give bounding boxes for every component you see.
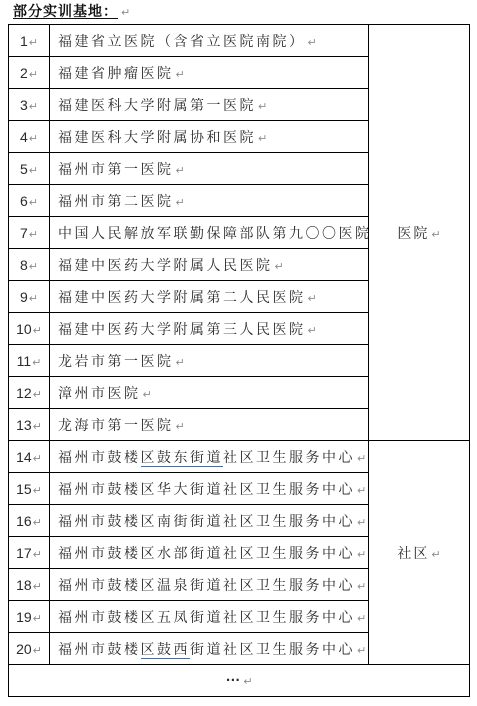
row-number: 9 [20, 289, 28, 305]
category-label: 医院 [397, 225, 429, 241]
paragraph-mark: ↵ [176, 165, 185, 177]
table-row: 1↵福建省立医院（含省立医院南院）↵医院↵ [9, 25, 470, 57]
paragraph-mark: ↵ [33, 581, 42, 593]
paragraph-mark: ↵ [29, 229, 38, 241]
paragraph-mark: ↵ [29, 197, 38, 209]
paragraph-mark: ↵ [357, 453, 366, 465]
paragraph-mark: ↵ [308, 325, 317, 337]
row-number: 3 [20, 97, 28, 113]
paragraph-mark: ↵ [33, 389, 42, 401]
base-name-cell: 福建中医药大学附属第二人民医院↵ [50, 281, 369, 313]
base-name-cell: 福州市第二医院↵ [50, 185, 369, 217]
table-body: 1↵福建省立医院（含省立医院南院）↵医院↵2↵福建省肿瘤医院↵3↵福建医科大学附… [9, 25, 470, 697]
paragraph-mark: ↵ [29, 37, 38, 49]
base-name-text: 福州市鼓楼区五凤街道社区卫生服务中心 [58, 609, 355, 625]
base-name-cell: 福州市第一医院↵ [50, 153, 369, 185]
row-number: 4 [20, 129, 28, 145]
row-number: 2 [20, 65, 28, 81]
base-name-cell: 福州市鼓楼区鼓东街道社区卫生服务中心↵ [50, 441, 369, 473]
ellipsis-cell: …↵ [9, 665, 470, 697]
paragraph-mark: ↵ [308, 293, 317, 305]
base-name-cell: 福建中医药大学附属人民医院↵ [50, 249, 369, 281]
row-number-cell: 4↵ [9, 121, 50, 153]
base-name-text: 漳州市医院 [58, 385, 141, 401]
base-name-text: 福州市鼓楼 [58, 641, 141, 657]
paragraph-mark: ↵ [33, 613, 42, 625]
paragraph-mark: ↵ [176, 357, 185, 369]
title-text: 部分实训基地： [13, 3, 118, 19]
paragraph-mark: ↵ [121, 7, 130, 19]
paragraph-mark: ↵ [29, 101, 38, 113]
base-name-cell: 福建医科大学附属协和医院↵ [50, 121, 369, 153]
row-number-cell: 2↵ [9, 57, 50, 89]
paragraph-mark: ↵ [29, 261, 38, 273]
base-name-text: 福州市第一医院 [58, 161, 174, 177]
base-name-cell: 福建省立医院（含省立医院南院）↵ [50, 25, 369, 57]
grammar-underlined-text: 区鼓西 [141, 641, 191, 659]
row-number-cell: 16↵ [9, 505, 50, 537]
paragraph-mark: ↵ [258, 133, 267, 145]
row-number: 13 [16, 417, 32, 433]
base-name-text: 龙海市第一医院 [58, 417, 174, 433]
base-name-text: 福建医科大学附属第一医院 [58, 97, 256, 113]
paragraph-mark: ↵ [357, 549, 366, 561]
paragraph-mark: ↵ [33, 421, 42, 433]
row-number: 19 [16, 609, 32, 625]
base-name-cell: 龙岩市第一医院↵ [50, 345, 369, 377]
row-number: 18 [16, 577, 32, 593]
row-number: 8 [20, 257, 28, 273]
grammar-underlined-text: 区鼓东街道 [141, 449, 224, 467]
row-number-cell: 1↵ [9, 25, 50, 57]
base-name-text: 福州市鼓楼区南街街道社区卫生服务中心 [58, 513, 355, 529]
paragraph-mark: ↵ [357, 517, 366, 529]
category-cell-hospital: 医院↵ [369, 25, 470, 441]
row-number-cell: 12↵ [9, 377, 50, 409]
paragraph-mark: ↵ [357, 581, 366, 593]
paragraph-mark: ↵ [357, 645, 366, 657]
base-name-cell: 福州市鼓楼区华大街道社区卫生服务中心↵ [50, 473, 369, 505]
base-name-text: 福建省立医院（含省立医院南院） [58, 33, 306, 49]
paragraph-mark: ↵ [275, 261, 284, 273]
paragraph-mark: ↵ [357, 613, 366, 625]
row-number: 17 [16, 545, 32, 561]
paragraph-mark: ↵ [176, 69, 185, 81]
paragraph-mark: ↵ [33, 517, 42, 529]
paragraph-mark: ↵ [33, 549, 42, 561]
paragraph-mark: ↵ [33, 453, 42, 465]
base-name-cell: 福州市鼓楼区鼓西街道社区卫生服务中心↵ [50, 633, 369, 665]
row-number-cell: 11↵ [9, 345, 50, 377]
paragraph-mark: ↵ [29, 133, 38, 145]
row-number-cell: 10↵ [9, 313, 50, 345]
base-name-cell: 漳州市医院↵ [50, 377, 369, 409]
base-name-text: 福建中医药大学附属人民医院 [58, 257, 273, 273]
row-number: 1 [20, 33, 28, 49]
base-name-cell: 福州市鼓楼区温泉街道社区卫生服务中心↵ [50, 569, 369, 601]
training-bases-table: 1↵福建省立医院（含省立医院南院）↵医院↵2↵福建省肿瘤医院↵3↵福建医科大学附… [8, 24, 470, 697]
base-name-text: 福州市鼓楼区温泉街道社区卫生服务中心 [58, 577, 355, 593]
paragraph-mark: ↵ [176, 421, 185, 433]
row-number: 11 [17, 353, 32, 369]
row-number-cell: 5↵ [9, 153, 50, 185]
document-page: 部分实训基地：↵ 1↵福建省立医院（含省立医院南院）↵医院↵2↵福建省肿瘤医院↵… [0, 0, 477, 706]
base-name-text: 中国人民解放军联勤保障部队第九〇〇医院 [58, 225, 369, 241]
base-name-cell: 龙海市第一医院↵ [50, 409, 369, 441]
paragraph-mark: ↵ [431, 549, 440, 561]
base-name-cell: 福州市鼓楼区五凤街道社区卫生服务中心↵ [50, 601, 369, 633]
paragraph-mark: ↵ [308, 37, 317, 49]
row-number: 16 [16, 513, 32, 529]
row-number-cell: 3↵ [9, 89, 50, 121]
base-name-text: 社区卫生服务中心 [223, 449, 355, 465]
base-name-text: 福建中医药大学附属第二人民医院 [58, 289, 306, 305]
row-number-cell: 8↵ [9, 249, 50, 281]
page-title: 部分实训基地：↵ [0, 0, 477, 24]
table-footer-row: …↵ [9, 665, 470, 697]
row-number-cell: 9↵ [9, 281, 50, 313]
base-name-cell: 福建医科大学附属第一医院↵ [50, 89, 369, 121]
row-number-cell: 14↵ [9, 441, 50, 473]
paragraph-mark: ↵ [29, 165, 38, 177]
paragraph-mark: ↵ [29, 293, 38, 305]
category-cell-community: 社区↵ [369, 441, 470, 665]
row-number: 12 [16, 385, 32, 401]
base-name-text: 福州市鼓楼区华大街道社区卫生服务中心 [58, 481, 355, 497]
paragraph-mark: ↵ [258, 101, 267, 113]
row-number-cell: 13↵ [9, 409, 50, 441]
paragraph-mark: ↵ [32, 357, 41, 369]
base-name-cell: 福州市鼓楼区水部街道社区卫生服务中心↵ [50, 537, 369, 569]
row-number: 15 [16, 481, 32, 497]
base-name-text: 龙岩市第一医院 [58, 353, 174, 369]
row-number-cell: 15↵ [9, 473, 50, 505]
row-number-cell: 7↵ [9, 217, 50, 249]
paragraph-mark: ↵ [243, 676, 252, 688]
paragraph-mark: ↵ [357, 485, 366, 497]
paragraph-mark: ↵ [33, 485, 42, 497]
base-name-text: 福建医科大学附属协和医院 [58, 129, 256, 145]
base-name-cell: 中国人民解放军联勤保障部队第九〇〇医院↵ [50, 217, 369, 249]
base-name-cell: 福建中医药大学附属第三人民医院↵ [50, 313, 369, 345]
category-label: 社区 [397, 545, 429, 561]
base-name-text: 福建省肿瘤医院 [58, 65, 174, 81]
paragraph-mark: ↵ [176, 197, 185, 209]
row-number: 5 [20, 161, 28, 177]
base-name-cell: 福建省肿瘤医院↵ [50, 57, 369, 89]
row-number-cell: 18↵ [9, 569, 50, 601]
table-row: 14↵福州市鼓楼区鼓东街道社区卫生服务中心↵社区↵ [9, 441, 470, 473]
row-number: 20 [16, 641, 32, 657]
row-number: 14 [16, 449, 32, 465]
row-number: 7 [20, 225, 28, 241]
base-name-cell: 福州市鼓楼区南街街道社区卫生服务中心↵ [50, 505, 369, 537]
paragraph-mark: ↵ [431, 229, 440, 241]
base-name-text: 福建中医药大学附属第三人民医院 [58, 321, 306, 337]
row-number-cell: 20↵ [9, 633, 50, 665]
row-number: 6 [20, 193, 28, 209]
row-number: 10 [16, 321, 32, 337]
paragraph-mark: ↵ [29, 69, 38, 81]
base-name-text: 街道社区卫生服务中心 [190, 641, 355, 657]
ellipsis-text: … [225, 668, 241, 685]
paragraph-mark: ↵ [33, 645, 42, 657]
paragraph-mark: ↵ [143, 389, 152, 401]
base-name-text: 福州市鼓楼区水部街道社区卫生服务中心 [58, 545, 355, 561]
base-name-text: 福州市鼓楼 [58, 449, 141, 465]
row-number-cell: 6↵ [9, 185, 50, 217]
base-name-text: 福州市第二医院 [58, 193, 174, 209]
row-number-cell: 19↵ [9, 601, 50, 633]
row-number-cell: 17↵ [9, 537, 50, 569]
paragraph-mark: ↵ [33, 325, 42, 337]
